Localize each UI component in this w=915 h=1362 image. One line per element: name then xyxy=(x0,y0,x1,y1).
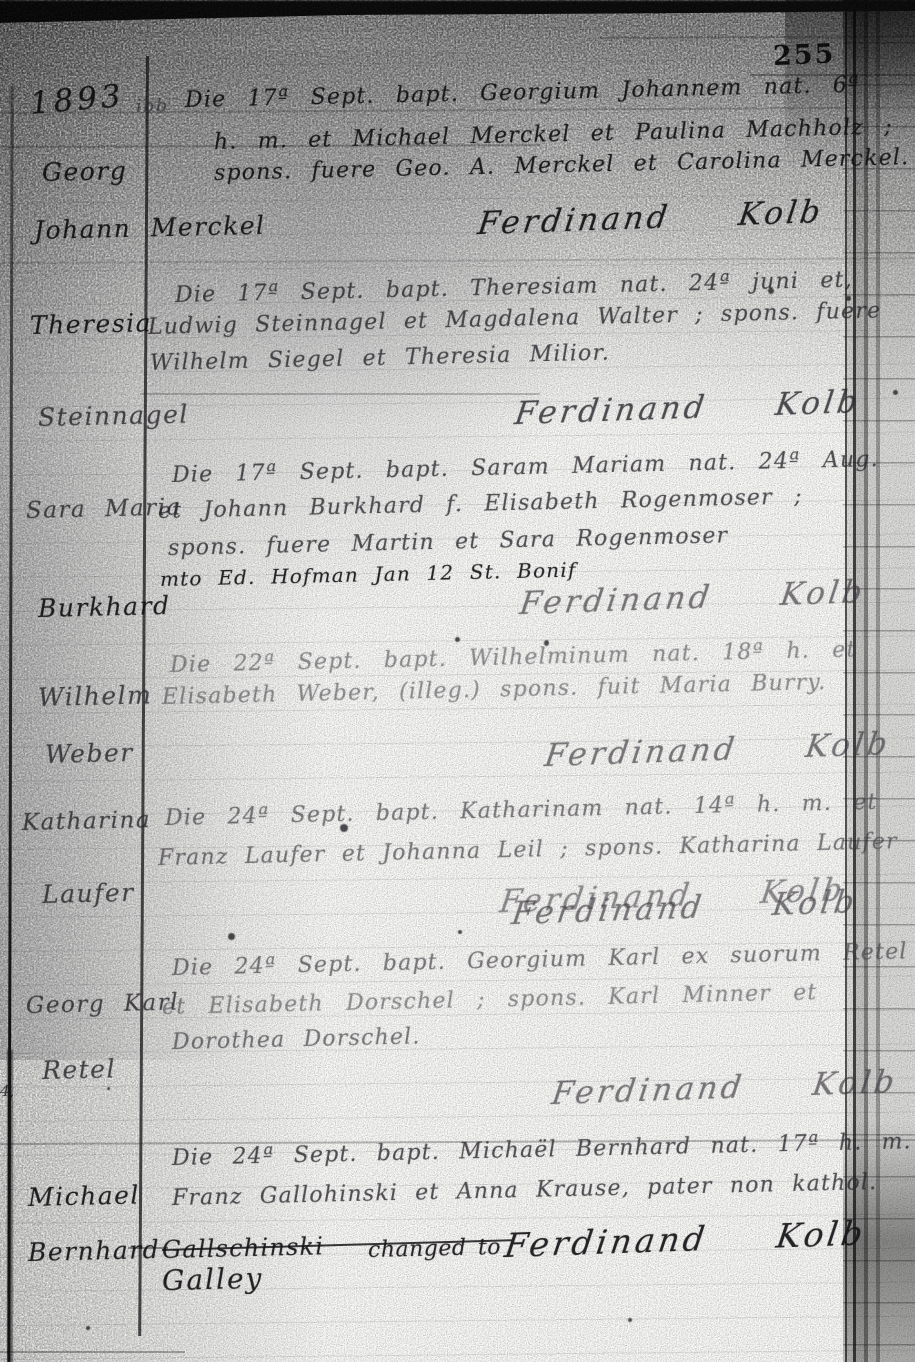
entry-line: Die 24ª Sept. bapt. Katharinam nat. 14ª … xyxy=(165,790,878,831)
margin-name: Katharina xyxy=(22,807,152,836)
ink-speck xyxy=(458,930,462,934)
margin-name: Theresia xyxy=(30,308,153,340)
ink-speck xyxy=(846,296,851,301)
margin-name: Steinnagel xyxy=(38,400,189,432)
margin-name: Laufer xyxy=(42,878,135,909)
priest-signature: Ferdinand Kolb xyxy=(502,1213,868,1265)
ink-speck xyxy=(86,1326,90,1330)
entry-line: Franz Gallohinski et Anna Krause, pater … xyxy=(172,1170,878,1211)
margin-name: Georg Karl xyxy=(26,990,180,1019)
corrected-surname: Galley xyxy=(162,1262,264,1297)
entry-line: spons. fuere Martin et Sara Rogenmoser xyxy=(168,523,729,561)
ink-speck xyxy=(628,1318,632,1322)
ink-speck xyxy=(340,824,348,832)
margin-name: Weber xyxy=(45,738,134,769)
priest-signature: Ferdinand Kolb xyxy=(549,1064,899,1112)
ink-speck xyxy=(893,390,898,395)
entry-line: et Elisabeth Dorschel ; spons. Karl Minn… xyxy=(162,980,818,1020)
entry-line: Dorothea Dorschel. xyxy=(172,1024,421,1055)
margin-name: Bernhard xyxy=(28,1235,161,1267)
margin-name: Burkhard xyxy=(38,591,171,623)
scanned-register-page: 255 4, 1893 ibb Die 17ª Sept. bapt. Geor… xyxy=(0,0,915,1362)
margin-name: Johann Merckel xyxy=(34,211,266,245)
entry-line: Die 17ª Sept. bapt. Saram Mariam nat. 24… xyxy=(172,447,879,488)
ink-speck xyxy=(544,640,549,646)
ink-speck xyxy=(107,1087,110,1090)
entry-line: Die 24ª Sept. bapt. Georgium Karl ex suo… xyxy=(172,939,908,981)
ink-speck xyxy=(768,288,774,294)
priest-signature: Ferdinand Kolb xyxy=(542,726,892,774)
entry-line: mto Ed. Hofman Jan 12 St. Bonif xyxy=(160,558,577,591)
entry-line: et Johann Burkhard f. Elisabeth Rogenmos… xyxy=(158,484,803,524)
book-binding-edge xyxy=(843,0,915,1362)
ink-speck xyxy=(455,637,460,642)
scan-top-black-band xyxy=(0,0,915,30)
entry-line: Franz Laufer et Johanna Leil ; spons. Ka… xyxy=(158,829,898,871)
year-flourish: ibb xyxy=(136,95,169,117)
ruled-line xyxy=(0,257,915,263)
ink-speck xyxy=(228,933,235,940)
edge-margin-mark: 4, xyxy=(0,1082,14,1100)
ruled-line xyxy=(0,1351,185,1353)
margin-name: Michael xyxy=(28,1180,141,1212)
priest-signature: Ferdinand Kolb xyxy=(475,194,825,242)
page-number: 255 xyxy=(772,39,835,72)
ruled-line xyxy=(140,393,540,395)
ruled-line xyxy=(600,35,915,38)
priest-signature: Ferdinand Kolb xyxy=(512,384,862,432)
entry-line: Elisabeth Weber, (illeg.) spons. fuit Ma… xyxy=(162,670,827,710)
entry-line: Die 24ª Sept. bapt. Michaël Bernhard nat… xyxy=(172,1129,912,1171)
margin-name: Wilhelm xyxy=(38,680,153,712)
entry-line: Wilhelm Siegel et Theresia Milior. xyxy=(150,341,611,376)
margin-name: Georg xyxy=(42,156,128,187)
margin-name: Retel xyxy=(42,1054,117,1085)
year-label: 1893 xyxy=(28,78,126,122)
